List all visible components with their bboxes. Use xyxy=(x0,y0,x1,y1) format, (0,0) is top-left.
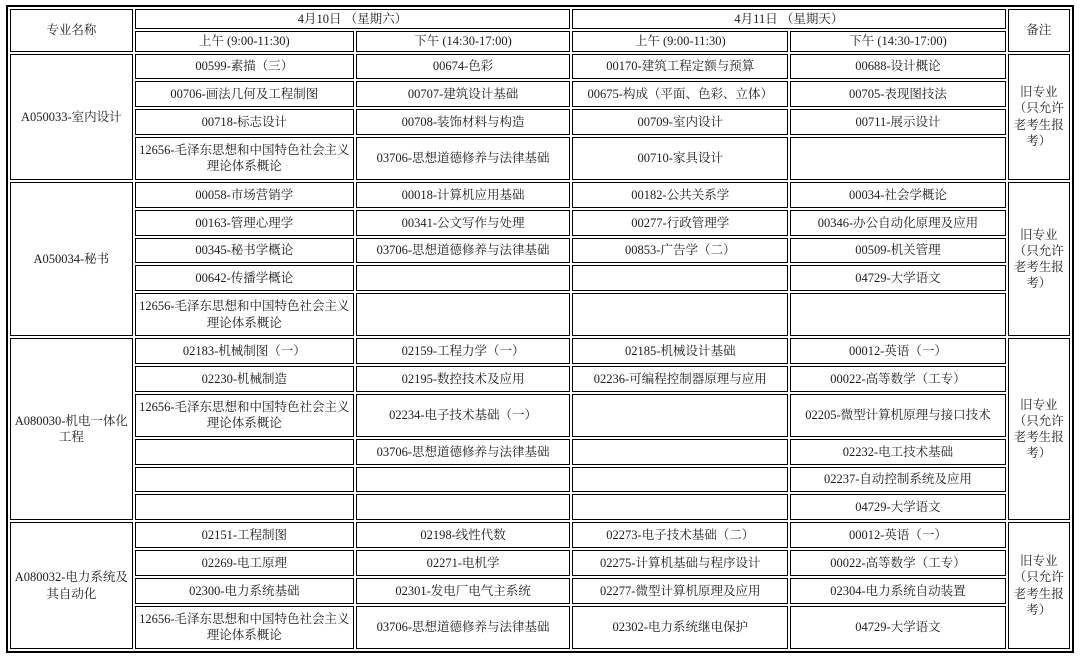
course-cell: 03706-思想道德修养与法律基础 xyxy=(356,606,570,649)
course-cell: 00022-高等数学（工专） xyxy=(790,550,1005,576)
header-day2-pm: 下午 (14:30-17:00) xyxy=(790,31,1005,51)
table-row: 12656-毛泽东思想和中国特色社会主义理论体系概论03706-思想道德修养与法… xyxy=(10,137,1070,180)
course-cell xyxy=(572,439,788,465)
course-cell: 00034-社会学概论 xyxy=(790,182,1005,208)
header-row-1: 专业名称 4月10日 （星期六） 4月11日 （星期天） 备注 xyxy=(10,9,1070,29)
course-cell: 00688-设计概论 xyxy=(790,54,1005,80)
course-cell: 02183-机械制图（一） xyxy=(135,338,354,364)
table-row: A080030-机电一体化工程02183-机械制图（一）02159-工程力学（一… xyxy=(10,338,1070,364)
course-cell: 00163-管理心理学 xyxy=(135,210,354,236)
course-cell: 00599-素描（三） xyxy=(135,54,354,80)
course-cell: 02205-微型计算机原理与接口技术 xyxy=(790,394,1005,437)
remark-cell: 旧专业（只允许老考生报考） xyxy=(1008,182,1070,336)
course-cell: 00346-办公自动化原理及应用 xyxy=(790,210,1005,236)
course-cell: 02236-可编程控制器原理与应用 xyxy=(572,366,788,392)
table-row: A050033-室内设计00599-素描（三）00674-色彩00170-建筑工… xyxy=(10,54,1070,80)
table-row: 04729-大学语文 xyxy=(10,494,1070,520)
course-cell: 00341-公文写作与处理 xyxy=(356,210,570,236)
table-row: A050034-秘书00058-市场营销学00018-计算机应用基础00182-… xyxy=(10,182,1070,208)
header-remark: 备注 xyxy=(1008,9,1070,52)
course-cell: 02300-电力系统基础 xyxy=(135,578,354,604)
course-cell: 02301-发电厂电气主系统 xyxy=(356,578,570,604)
table-header: 专业名称 4月10日 （星期六） 4月11日 （星期天） 备注 上午 (9:00… xyxy=(10,9,1070,52)
table-row: 12656-毛泽东思想和中国特色社会主义理论体系概论02234-电子技术基础（一… xyxy=(10,394,1070,437)
major-cell: A080032-电力系统及其自动化 xyxy=(10,522,133,649)
course-cell: 04729-大学语文 xyxy=(790,606,1005,649)
course-cell: 00708-装饰材料与构造 xyxy=(356,109,570,135)
course-cell: 02302-电力系统继电保护 xyxy=(572,606,788,649)
table-row: A080032-电力系统及其自动化02151-工程制图02198-线性代数022… xyxy=(10,522,1070,548)
table-row: 02269-电工原理02271-电机学02275-计算机基础与程序设计00022… xyxy=(10,550,1070,576)
course-cell: 00345-秘书学概论 xyxy=(135,238,354,264)
course-cell: 02271-电机学 xyxy=(356,550,570,576)
course-cell: 00718-标志设计 xyxy=(135,109,354,135)
course-cell xyxy=(572,494,788,520)
header-day1-am: 上午 (9:00-11:30) xyxy=(135,31,354,51)
course-cell: 12656-毛泽东思想和中国特色社会主义理论体系概论 xyxy=(135,606,354,649)
course-cell: 00707-建筑设计基础 xyxy=(356,81,570,107)
header-date-day1: 4月10日 （星期六） xyxy=(135,9,570,29)
table-row: 12656-毛泽东思想和中国特色社会主义理论体系概论03706-思想道德修养与法… xyxy=(10,606,1070,649)
major-cell: A050034-秘书 xyxy=(10,182,133,336)
course-cell: 02151-工程制图 xyxy=(135,522,354,548)
course-cell: 02237-自动控制系统及应用 xyxy=(790,467,1005,493)
header-day2-am: 上午 (9:00-11:30) xyxy=(572,31,788,51)
course-cell xyxy=(356,494,570,520)
course-cell: 00012-英语（一） xyxy=(790,338,1005,364)
table-row: 02230-机械制造02195-数控技术及应用02236-可编程控制器原理与应用… xyxy=(10,366,1070,392)
course-cell: 00058-市场营销学 xyxy=(135,182,354,208)
schedule-table: 专业名称 4月10日 （星期六） 4月11日 （星期天） 备注 上午 (9:00… xyxy=(8,7,1072,651)
course-cell xyxy=(572,467,788,493)
course-cell: 00022-高等数学（工专） xyxy=(790,366,1005,392)
course-cell: 02230-机械制造 xyxy=(135,366,354,392)
course-cell xyxy=(572,293,788,336)
course-cell: 00675-构成（平面、色彩、立体） xyxy=(572,81,788,107)
table-row: 03706-思想道德修养与法律基础02232-电工技术基础 xyxy=(10,439,1070,465)
course-cell xyxy=(356,293,570,336)
course-cell: 12656-毛泽东思想和中国特色社会主义理论体系概论 xyxy=(135,137,354,180)
table-row: 00345-秘书学概论03706-思想道德修养与法律基础00853-广告学（二）… xyxy=(10,238,1070,264)
course-cell: 02275-计算机基础与程序设计 xyxy=(572,550,788,576)
header-date-day2: 4月11日 （星期天） xyxy=(572,9,1005,29)
table-row: 00718-标志设计00708-装饰材料与构造00709-室内设计00711-展… xyxy=(10,109,1070,135)
course-cell: 00182-公共关系学 xyxy=(572,182,788,208)
course-cell: 03706-思想道德修养与法律基础 xyxy=(356,137,570,180)
table-row: 12656-毛泽东思想和中国特色社会主义理论体系概论 xyxy=(10,293,1070,336)
course-cell: 03706-思想道德修养与法律基础 xyxy=(356,238,570,264)
table-row: 02300-电力系统基础02301-发电厂电气主系统02277-微型计算机原理及… xyxy=(10,578,1070,604)
course-cell: 00674-色彩 xyxy=(356,54,570,80)
course-cell: 02277-微型计算机原理及应用 xyxy=(572,578,788,604)
course-cell: 00642-传播学概论 xyxy=(135,265,354,291)
course-cell xyxy=(790,137,1005,180)
course-cell: 00170-建筑工程定额与预算 xyxy=(572,54,788,80)
course-cell: 00705-表现图技法 xyxy=(790,81,1005,107)
course-cell: 02269-电工原理 xyxy=(135,550,354,576)
table-row: 00706-画法几何及工程制图00707-建筑设计基础00675-构成（平面、色… xyxy=(10,81,1070,107)
course-cell: 03706-思想道德修养与法律基础 xyxy=(356,439,570,465)
header-major-name: 专业名称 xyxy=(10,9,133,52)
course-cell xyxy=(135,467,354,493)
course-cell: 00853-广告学（二） xyxy=(572,238,788,264)
course-cell: 12656-毛泽东思想和中国特色社会主义理论体系概论 xyxy=(135,293,354,336)
major-cell: A050033-室内设计 xyxy=(10,54,133,180)
course-cell: 02195-数控技术及应用 xyxy=(356,366,570,392)
course-cell xyxy=(572,265,788,291)
course-cell: 12656-毛泽东思想和中国特色社会主义理论体系概论 xyxy=(135,394,354,437)
course-cell: 00509-机关管理 xyxy=(790,238,1005,264)
course-cell xyxy=(135,494,354,520)
course-cell xyxy=(135,439,354,465)
remark-cell: 旧专业（只允许老考生报考） xyxy=(1008,338,1070,520)
course-cell: 00018-计算机应用基础 xyxy=(356,182,570,208)
course-cell xyxy=(356,265,570,291)
remark-cell: 旧专业（只允许老考生报考） xyxy=(1008,54,1070,180)
table-row: 00642-传播学概论04729-大学语文 xyxy=(10,265,1070,291)
course-cell: 00706-画法几何及工程制图 xyxy=(135,81,354,107)
header-row-2: 上午 (9:00-11:30) 下午 (14:30-17:00) 上午 (9:0… xyxy=(10,31,1070,51)
course-cell: 02198-线性代数 xyxy=(356,522,570,548)
course-cell: 02273-电子技术基础（二） xyxy=(572,522,788,548)
course-cell: 04729-大学语文 xyxy=(790,494,1005,520)
exam-schedule-table: 专业名称 4月10日 （星期六） 4月11日 （星期天） 备注 上午 (9:00… xyxy=(6,5,1074,653)
course-cell: 04729-大学语文 xyxy=(790,265,1005,291)
course-cell xyxy=(572,394,788,437)
header-day1-pm: 下午 (14:30-17:00) xyxy=(356,31,570,51)
course-cell xyxy=(790,293,1005,336)
course-cell: 00711-展示设计 xyxy=(790,109,1005,135)
course-cell xyxy=(356,467,570,493)
table-row: 00163-管理心理学00341-公文写作与处理00277-行政管理学00346… xyxy=(10,210,1070,236)
table-row: 02237-自动控制系统及应用 xyxy=(10,467,1070,493)
remark-cell: 旧专业（只允许老考生报考） xyxy=(1008,522,1070,649)
course-cell: 00710-家具设计 xyxy=(572,137,788,180)
course-cell: 02304-电力系统自动装置 xyxy=(790,578,1005,604)
course-cell: 00012-英语（一） xyxy=(790,522,1005,548)
course-cell: 02232-电工技术基础 xyxy=(790,439,1005,465)
table-body: A050033-室内设计00599-素描（三）00674-色彩00170-建筑工… xyxy=(10,54,1070,650)
course-cell: 02234-电子技术基础（一） xyxy=(356,394,570,437)
course-cell: 00709-室内设计 xyxy=(572,109,788,135)
major-cell: A080030-机电一体化工程 xyxy=(10,338,133,520)
exam-schedule-page: 专业名称 4月10日 （星期六） 4月11日 （星期天） 备注 上午 (9:00… xyxy=(0,0,1080,658)
course-cell: 02159-工程力学（一） xyxy=(356,338,570,364)
course-cell: 02185-机械设计基础 xyxy=(572,338,788,364)
course-cell: 00277-行政管理学 xyxy=(572,210,788,236)
